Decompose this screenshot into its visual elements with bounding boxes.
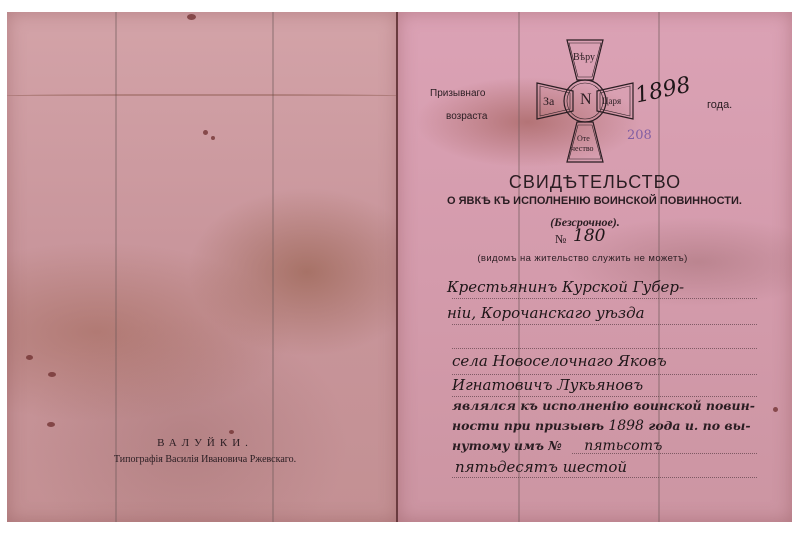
handwritten-line: ніи, Корочанскаго уѣзда	[447, 304, 645, 322]
emblem-top: Вѣру	[573, 52, 595, 63]
note-text: (видомъ на жительство служить не можетъ)	[420, 253, 745, 264]
number-label: №	[555, 232, 566, 247]
document-title: СВИДѢТЕЛЬСТВО	[425, 172, 765, 193]
body-line-2-b: года и. по вы-	[648, 418, 750, 433]
emblem-center: N	[580, 91, 592, 109]
guide-line	[452, 298, 757, 299]
body-line-4-hand: пятьдесятъ шестой	[455, 458, 627, 476]
militia-cross-icon: Вѣру За N Царя Оте чество	[535, 38, 635, 164]
body-line-1: являлся къ исполненію воинской повин-	[452, 398, 755, 413]
left-page: ВАЛУЙКИ. Типографія Василія Ивановича Рж…	[7, 12, 398, 522]
year-suffix: года.	[707, 99, 732, 111]
number-value: 180	[573, 226, 605, 246]
fold-line	[115, 12, 117, 522]
guide-line	[452, 348, 757, 349]
body-line-3-a: нутому имъ №	[452, 438, 562, 453]
document-sheet: ВАЛУЙКИ. Типографія Василія Ивановича Рж…	[7, 12, 792, 522]
ink-spot	[203, 130, 208, 135]
ink-spot	[26, 355, 33, 360]
document-subtitle: О ЯВКѢ КЪ ИСПОЛНЕНІЮ ВОИНСКОЙ ПОВИННОСТИ…	[407, 195, 782, 207]
ink-spot	[47, 422, 55, 427]
ink-spot	[229, 430, 234, 434]
stamp-number: 208	[627, 128, 652, 143]
guide-line	[452, 324, 757, 325]
emblem-bottom-2: чество	[571, 144, 594, 153]
ink-spot	[211, 136, 215, 140]
guide-line	[452, 374, 757, 375]
printer-name: Типографія Василія Ивановича Ржевскаго.	[55, 454, 355, 465]
emblem-left: За	[543, 94, 554, 109]
printer-city: ВАЛУЙКИ.	[120, 437, 290, 449]
handwritten-line: Игнатовичъ Лукьяновъ	[452, 376, 643, 394]
body-line-2: ности при призывѣ 1898 года и. по вы-	[452, 418, 751, 434]
ink-spot	[48, 372, 56, 377]
water-stain	[7, 94, 398, 98]
ink-spot	[773, 407, 778, 412]
body-line-3: нутому имъ № пятьсотъ	[452, 438, 662, 454]
body-line-3-hand: пятьсотъ	[584, 438, 662, 454]
body-line-2-year: 1898	[608, 418, 644, 434]
guide-line	[452, 396, 757, 397]
ink-spot	[187, 14, 196, 20]
label-prizyv: Призывнаго	[430, 88, 486, 99]
handwritten-line: Крестьянинъ Курской Губер-	[447, 278, 684, 296]
guide-line	[452, 477, 757, 478]
emblem-bottom-1: Оте	[577, 134, 590, 143]
body-line-2-a: ности при призывѣ	[452, 418, 604, 433]
handwritten-line: села Новоселочнаго Яковъ	[452, 352, 667, 370]
emblem-right: Царя	[602, 96, 621, 106]
label-vozrast: возраста	[446, 111, 487, 122]
